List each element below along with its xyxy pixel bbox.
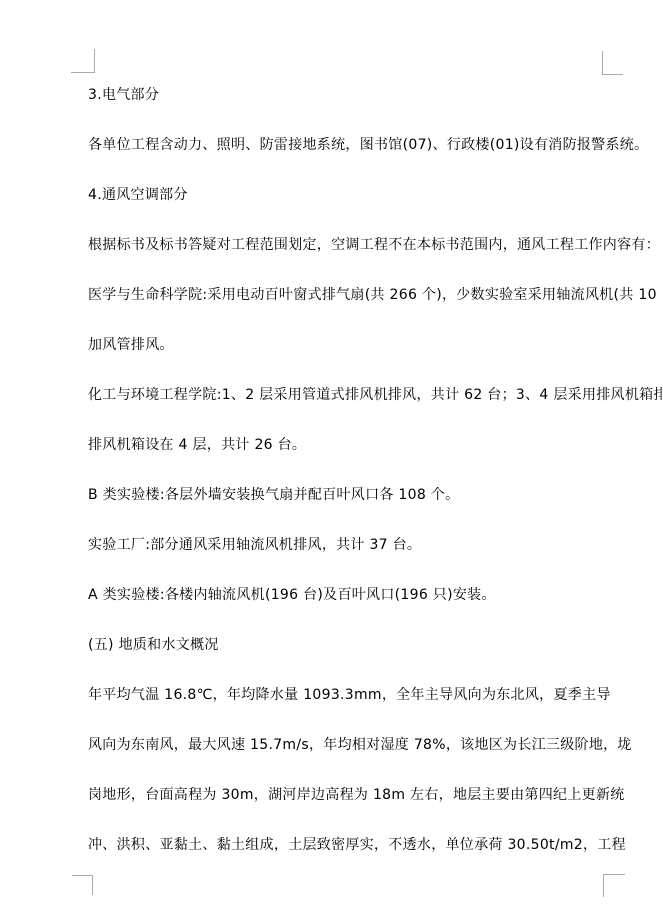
text-line: (五) 地质和水文概况 — [88, 636, 612, 686]
text-line: A 类实验楼:各楼内轴流风机(196 台)及百叶风口(196 只)安装。 — [88, 586, 612, 636]
margin-mark-top-left — [71, 49, 95, 73]
document-text-block: 3.电气部分 各单位工程含动力、照明、防雷接地系统，图书馆(07)、行政楼(01… — [88, 86, 612, 886]
text-line: 岗地形，台面高程为 30m，湖河岸边高程为 18m 左右，地层主要由第四纪上更新… — [88, 786, 612, 836]
text-line: 加风管排风。 — [88, 336, 612, 386]
text-line: 根据标书及标书答疑对工程范围划定，空调工程不在本标书范围内，通风工程工作内容有： — [88, 236, 612, 286]
text-line: 冲、洪积、亚黏土、黏土组成，土层致密厚实，不透水，单位承荷 30.50t/m2，… — [88, 836, 612, 886]
text-line: 排风机箱设在 4 层，共计 26 台。 — [88, 436, 612, 486]
text-line: 医学与生命科学院:采用电动百叶窗式排气扇(共 266 个)，少数实验室采用轴流风… — [88, 286, 612, 336]
text-line: 实验工厂:部分通风采用轴流风机排风，共计 37 台。 — [88, 536, 612, 586]
text-line: 各单位工程含动力、照明、防雷接地系统，图书馆(07)、行政楼(01)设有消防报警… — [88, 136, 612, 186]
text-line: 风向为东南风，最大风速 15.7m/s，年均相对湿度 78%，该地区为长江三级阶… — [88, 736, 612, 786]
text-line: 化工与环境工程学院:1、2 层采用管道式排风机排风，共计 62 台；3、4 层采… — [88, 386, 612, 436]
text-line: 4.通风空调部分 — [88, 186, 612, 236]
text-line: 3.电气部分 — [88, 86, 612, 136]
text-line: B 类实验楼:各层外墙安装换气扇并配百叶风口各 108 个。 — [88, 486, 612, 536]
margin-mark-top-right — [602, 51, 623, 75]
document-page: 3.电气部分 各单位工程含动力、照明、防雷接地系统，图书馆(07)、行政楼(01… — [0, 0, 663, 918]
text-line: 年平均气温 16.8℃，年均降水量 1093.3mm，全年主导风向为东北风，夏季… — [88, 686, 612, 736]
